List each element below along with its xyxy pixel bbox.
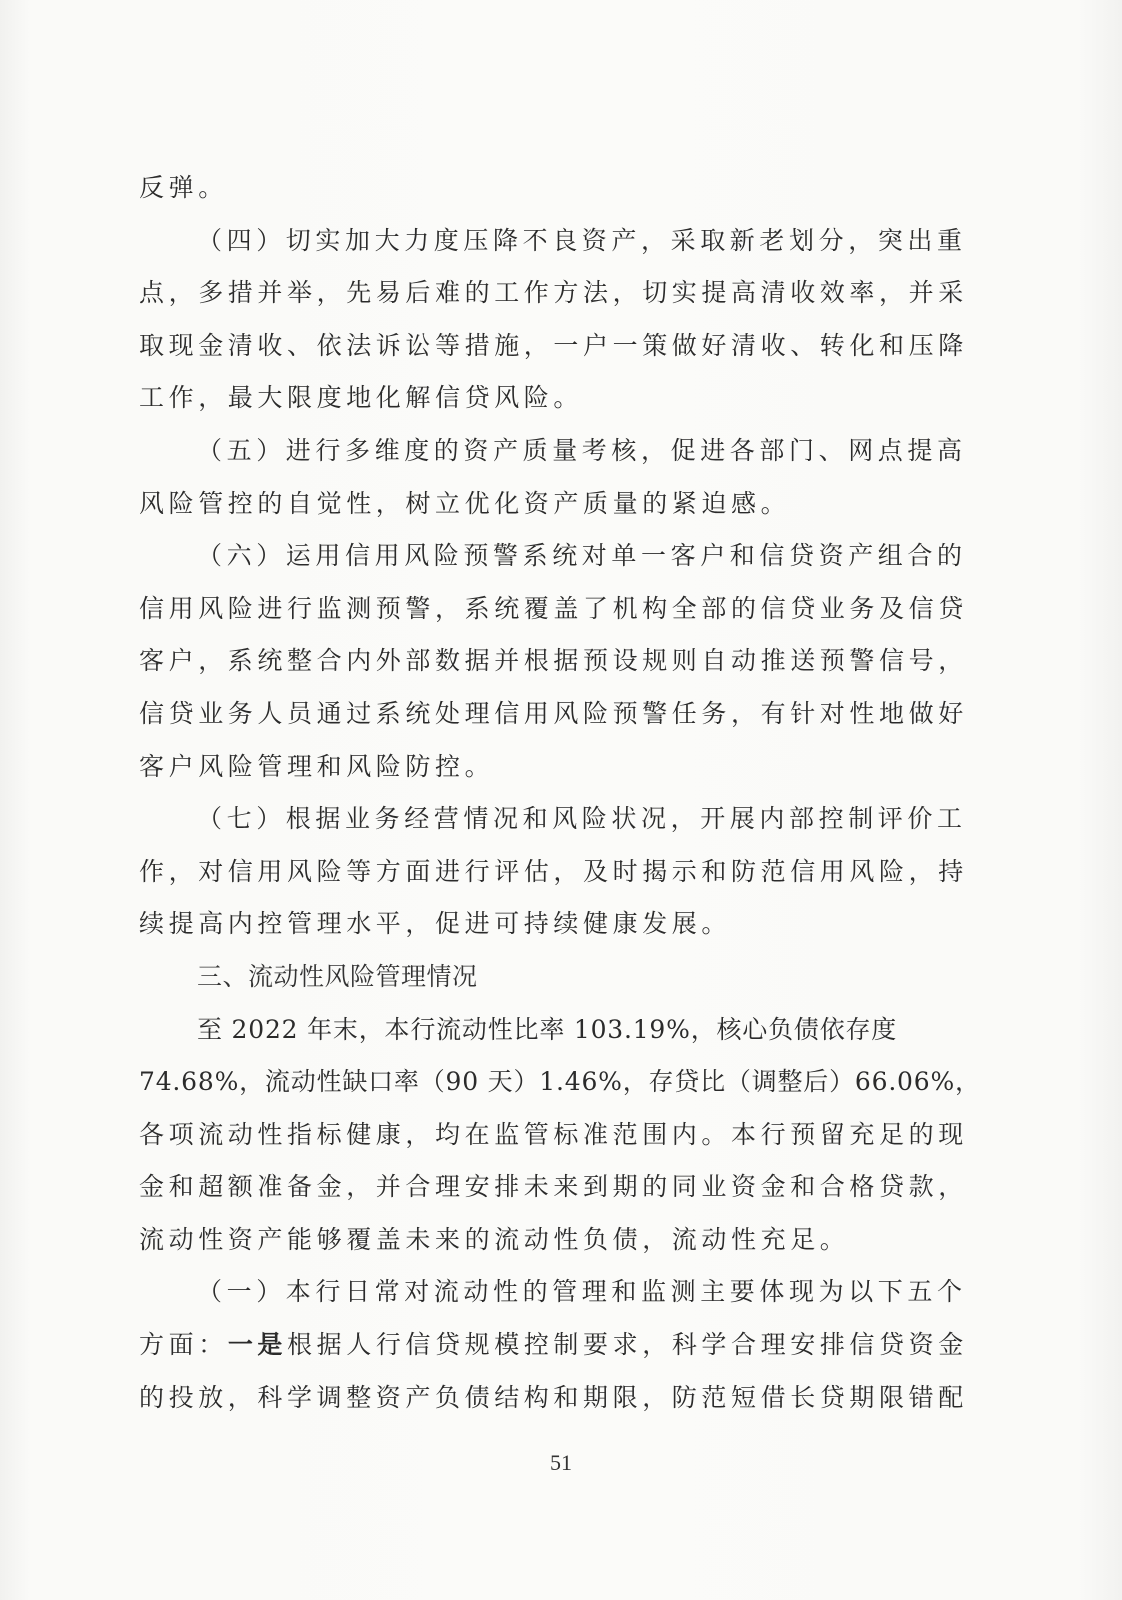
- text-line: 的投放，科学调整资产负债结构和期限，防范短借长贷期限错配: [139, 1372, 957, 1425]
- body-text: 反弹。 （四）切实加大力度压降不良资产，采取新老划分，突出重 点，多措并举，先易…: [139, 162, 957, 1424]
- text-line: 流动性资产能够覆盖未来的流动性负债，流动性充足。: [139, 1214, 957, 1267]
- liquidity-paragraph-start: 至 2022 年末，本行流动性比率 103.19%，核心负债依存度: [139, 1004, 957, 1057]
- page-number: 51: [0, 1450, 1122, 1476]
- document-page: 反弹。 （四）切实加大力度压降不良资产，采取新老划分，突出重 点，多措并举，先易…: [0, 0, 1122, 1600]
- section-heading: 三、流动性风险管理情况: [139, 951, 957, 1004]
- text-line: 工作，最大限度地化解信贷风险。: [139, 372, 957, 425]
- text-line: 各项流动性指标健康，均在监管标准范围内。本行预留充足的现: [139, 1109, 957, 1162]
- text-line: 客户，系统整合内外部数据并根据预设规则自动推送预警信号，: [139, 635, 957, 688]
- text-line: 信用风险进行监测预警，系统覆盖了机构全部的信贷业务及信贷: [139, 583, 957, 636]
- paragraph-4-start: （四）切实加大力度压降不良资产，采取新老划分，突出重: [139, 215, 957, 268]
- text-line: 客户风险管理和风险防控。: [139, 741, 957, 794]
- line-prefix: 方面：: [139, 1330, 228, 1359]
- text-line: 信贷业务人员通过系统处理信用风险预警任务，有针对性地做好: [139, 688, 957, 741]
- line-suffix: 根据人行信贷规模控制要求，科学合理安排信贷资金: [287, 1330, 968, 1359]
- paragraph-6-start: （六）运用信用风险预警系统对单一客户和信贷资产组合的: [139, 530, 957, 583]
- subparagraph-1-start: （一）本行日常对流动性的管理和监测主要体现为以下五个: [139, 1266, 957, 1319]
- text-line: 方面：一是根据人行信贷规模控制要求，科学合理安排信贷资金: [139, 1319, 957, 1372]
- text-line: 金和超额准备金，并合理安排未来到期的同业资金和合格贷款，: [139, 1161, 957, 1214]
- text-line: 续提高内控管理水平，促进可持续健康发展。: [139, 898, 957, 951]
- paragraph-7-start: （七）根据业务经营情况和风险状况，开展内部控制评价工: [139, 793, 957, 846]
- text-line: 作，对信用风险等方面进行评估，及时揭示和防范信用风险，持: [139, 846, 957, 899]
- bold-emphasis: 一是: [228, 1330, 287, 1359]
- text-line: 反弹。: [139, 162, 957, 215]
- text-line: 风险管控的自觉性，树立优化资产质量的紧迫感。: [139, 478, 957, 531]
- text-line: 取现金清收、依法诉讼等措施，一户一策做好清收、转化和压降: [139, 320, 957, 373]
- text-line: 74.68%，流动性缺口率（90 天）1.46%，存贷比（调整后）66.06%，: [139, 1056, 957, 1109]
- text-line: 点，多措并举，先易后难的工作方法，切实提高清收效率，并采: [139, 267, 957, 320]
- paragraph-5-start: （五）进行多维度的资产质量考核，促进各部门、网点提高: [139, 425, 957, 478]
